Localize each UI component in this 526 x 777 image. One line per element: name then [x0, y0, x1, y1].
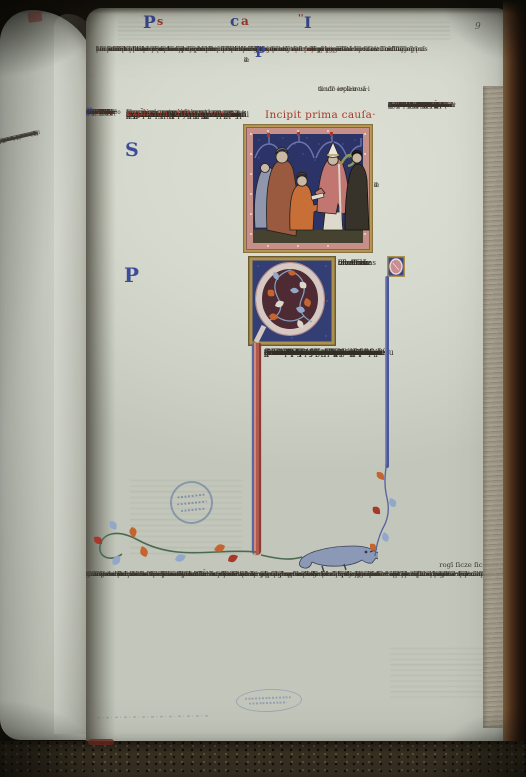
- miniature-presentation-scene: [243, 124, 373, 253]
- initial-s: S: [125, 139, 139, 161]
- background-top: [0, 0, 526, 14]
- cursive-inscription: [97, 709, 209, 723]
- manuscript-photograph: co m̄llor ſitz m̄ne dr̄m̄ gaudr̄ eīī tēr…: [0, 0, 526, 777]
- bas-de-page-vine-and-dragon: [86, 500, 378, 575]
- dragon: [299, 546, 378, 572]
- show-through-text: [118, 22, 450, 42]
- background-bottom: [0, 741, 526, 777]
- folio-number: 9: [475, 22, 481, 32]
- gloss-vine-flourish: [370, 462, 400, 562]
- incipit-rubric: Incipit prima cauſa·: [265, 109, 376, 121]
- bookmark-tab: [27, 11, 42, 23]
- gloss-initial: [387, 256, 405, 277]
- illuminated-initial-q: [248, 256, 336, 346]
- initial-p: P: [124, 263, 139, 287]
- gloss-initial-tail-bar: [385, 276, 389, 468]
- page-edge-mark: [88, 739, 114, 745]
- gloss-initial-p: P: [255, 45, 266, 61]
- book-edge-right: [503, 0, 526, 777]
